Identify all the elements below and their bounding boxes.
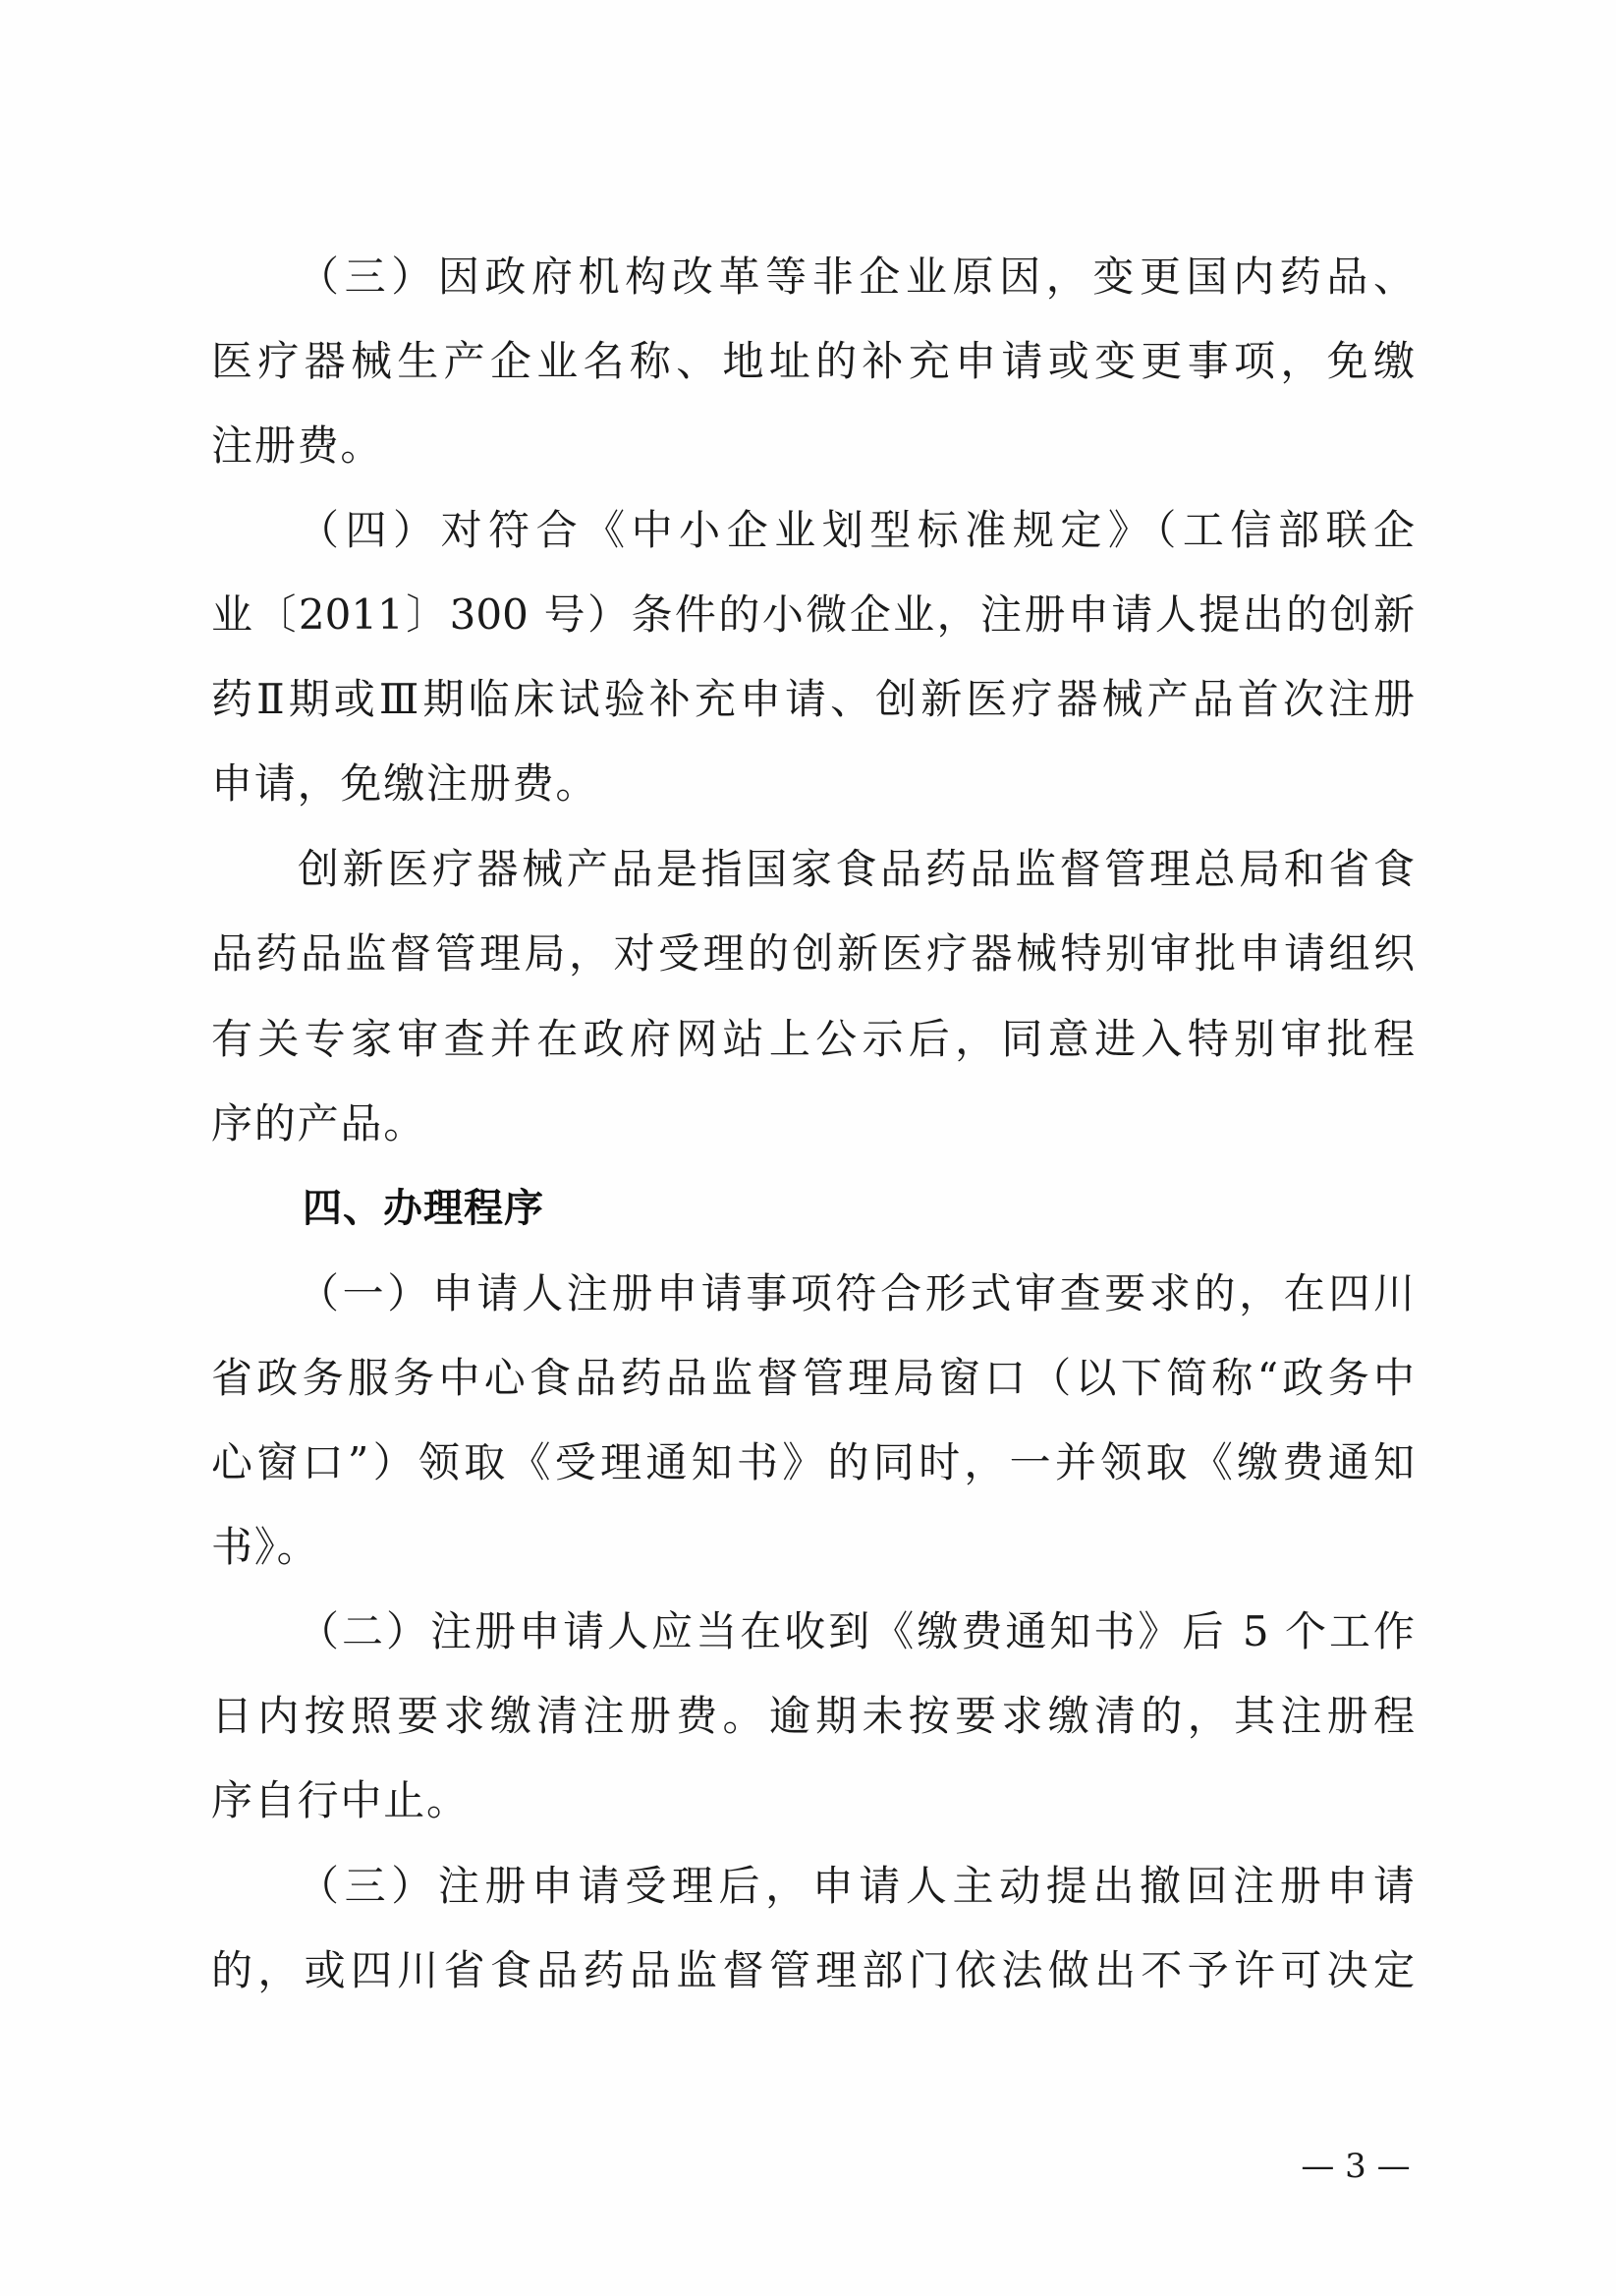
paragraph-line: 申请，免缴注册费。	[211, 755, 1415, 813]
paragraph-line: 有关专家审查并在政府网站上公示后，同意进入特别审批程	[211, 1010, 1415, 1069]
paragraph-line: 品药品监督管理局，对受理的创新医疗器械特别审批申请组织	[211, 924, 1415, 983]
section-heading: 四、办理程序	[303, 1179, 544, 1238]
paragraph-line: 医疗器械生产企业名称、地址的补充申请或变更事项，免缴	[211, 332, 1415, 391]
paragraph-line: 省政务服务中心食品药品监督管理局窗口（以下简称“政务中	[211, 1349, 1415, 1408]
paragraph-line: 日内按照要求缴清注册费。逾期未按要求缴清的，其注册程	[211, 1687, 1415, 1746]
paragraph-line: 书》。	[211, 1518, 1415, 1577]
paragraph-line: 注册费。	[211, 417, 1415, 476]
paragraph-line: 序的产品。	[211, 1094, 1415, 1153]
paragraph-line: 序自行中止。	[211, 1771, 1415, 1830]
paragraph-line: （一）申请人注册申请事项符合形式审查要求的，在四川	[298, 1264, 1415, 1323]
paragraph-line: 药Ⅱ期或Ⅲ期临床试验补充申请、创新医疗器械产品首次注册	[211, 670, 1415, 729]
paragraph-line: 的，或四川省食品药品监督管理部门依法做出不予许可决定	[211, 1941, 1415, 2000]
paragraph-line: （二）注册申请人应当在收到《缴费通知书》后 5 个工作	[298, 1602, 1415, 1661]
paragraph-line: 创新医疗器械产品是指国家食品药品监督管理总局和省食	[298, 840, 1415, 899]
paragraph-line: 心窗口”）领取《受理通知书》的同时，一并领取《缴费通知	[211, 1433, 1415, 1492]
paragraph-line: （三）注册申请受理后，申请人主动提出撤回注册申请	[298, 1857, 1415, 1916]
document-page: （三）因政府机构改革等非企业原因，变更国内药品、 医疗器械生产企业名称、地址的补…	[0, 0, 1616, 2296]
paragraph-line: （四）对符合《中小企业划型标准规定》（工信部联企	[298, 501, 1415, 560]
page-number: — 3 —	[1282, 2142, 1429, 2191]
paragraph-line: 业〔2011〕300 号）条件的小微企业，注册申请人提出的创新	[211, 586, 1415, 644]
paragraph-line: （三）因政府机构改革等非企业原因，变更国内药品、	[298, 248, 1415, 307]
